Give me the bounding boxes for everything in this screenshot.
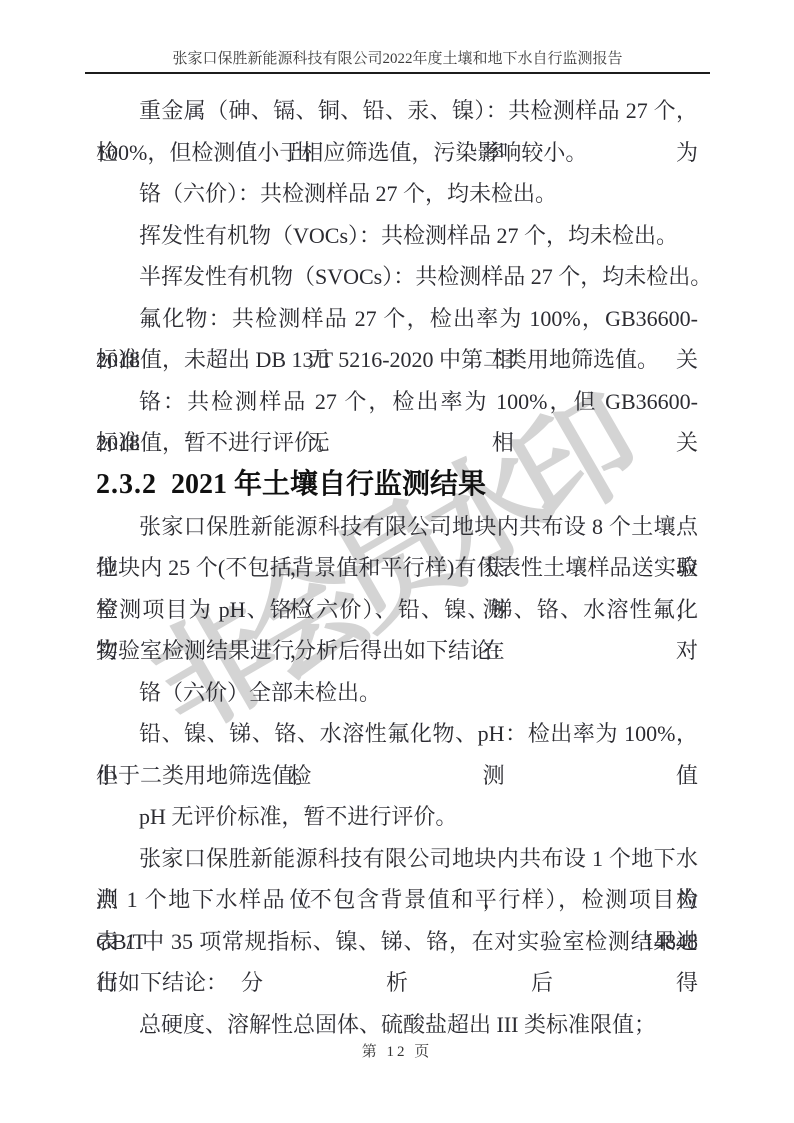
section-heading: 2.3.22021 年土壤自行监测结果 [96,464,698,506]
text-line: 张家口保胜新能源科技有限公司地块内共布设 8 个土壤点位，获取 [96,506,698,548]
text-line: 半挥发性有机物（SVOCs）：共检测样品 27 个，均未检出。 [96,256,698,298]
text-line: 张家口保胜新能源科技有限公司地块内共布设 1 个地下水点位，检 [96,838,698,880]
text-line: 铬（六价）全部未检出。 [96,672,698,714]
page-footer: 第 12 页 [0,1042,794,1062]
text-line: pH 无评价标准，暂不进行评价。 [96,796,698,838]
text-line: 地块内 25 个(不包括背景值和平行样)有代表性土壤样品送实验室检测， [96,547,698,589]
text-line: 铅、镍、锑、铬、水溶性氟化物、pH：检出率为 100%，但检测值 [96,713,698,755]
text-line: 铬（六价）：共检测样品 27 个，均未检出。 [96,173,698,215]
text-line: 表 1 中 35 项常规指标、镍、锑、铬，在对实验室检测结果进行分析后得 [96,921,698,963]
page-number: 第 12 页 [362,1044,433,1060]
text-line: 重金属（砷、镉、铜、铅、汞、镍）：共检测样品 27 个，检出率为 [96,90,698,132]
header-title: 张家口保胜新能源科技有限公司2022年度土壤和地下水自行监测报告 [172,51,622,67]
text-line: 挥发性有机物（VOCs）：共检测样品 27 个，均未检出。 [96,215,698,257]
text-line: 标准值，未超出 DB 13/T 5216-2020 中第二类用地筛选值。 [96,339,698,381]
section-title: 2021 年土壤自行监测结果 [171,469,486,500]
section-number: 2.3.2 [96,469,157,500]
text-line: 总硬度、溶解性总固体、硫酸盐超出 III 类标准限值； [96,1004,698,1046]
text-line: 氟化物：共检测样品 27 个，检出率为 100%，GB36600-2018 无相… [96,298,698,340]
text-line: 检测项目为 pH、铬（六价）、铅、镍、锑、铬、水溶性氟化物，在对 [96,589,698,631]
text-line: 测 1 个地下水样品（不包含背景值和平行样），检测项目为 GB/T 14848 [96,879,698,921]
text-line: 铬：共检测样品 27 个，检出率为 100%，但 GB36600-2018 无相… [96,381,698,423]
page-header: 张家口保胜新能源科技有限公司2022年度土壤和地下水自行监测报告 [85,49,710,74]
document-page: 非会员水印 张家口保胜新能源科技有限公司2022年度土壤和地下水自行监测报告 重… [0,0,794,1123]
document-body: 重金属（砷、镉、铜、铅、汞、镍）：共检测样品 27 个，检出率为 100%，但检… [96,90,698,1045]
